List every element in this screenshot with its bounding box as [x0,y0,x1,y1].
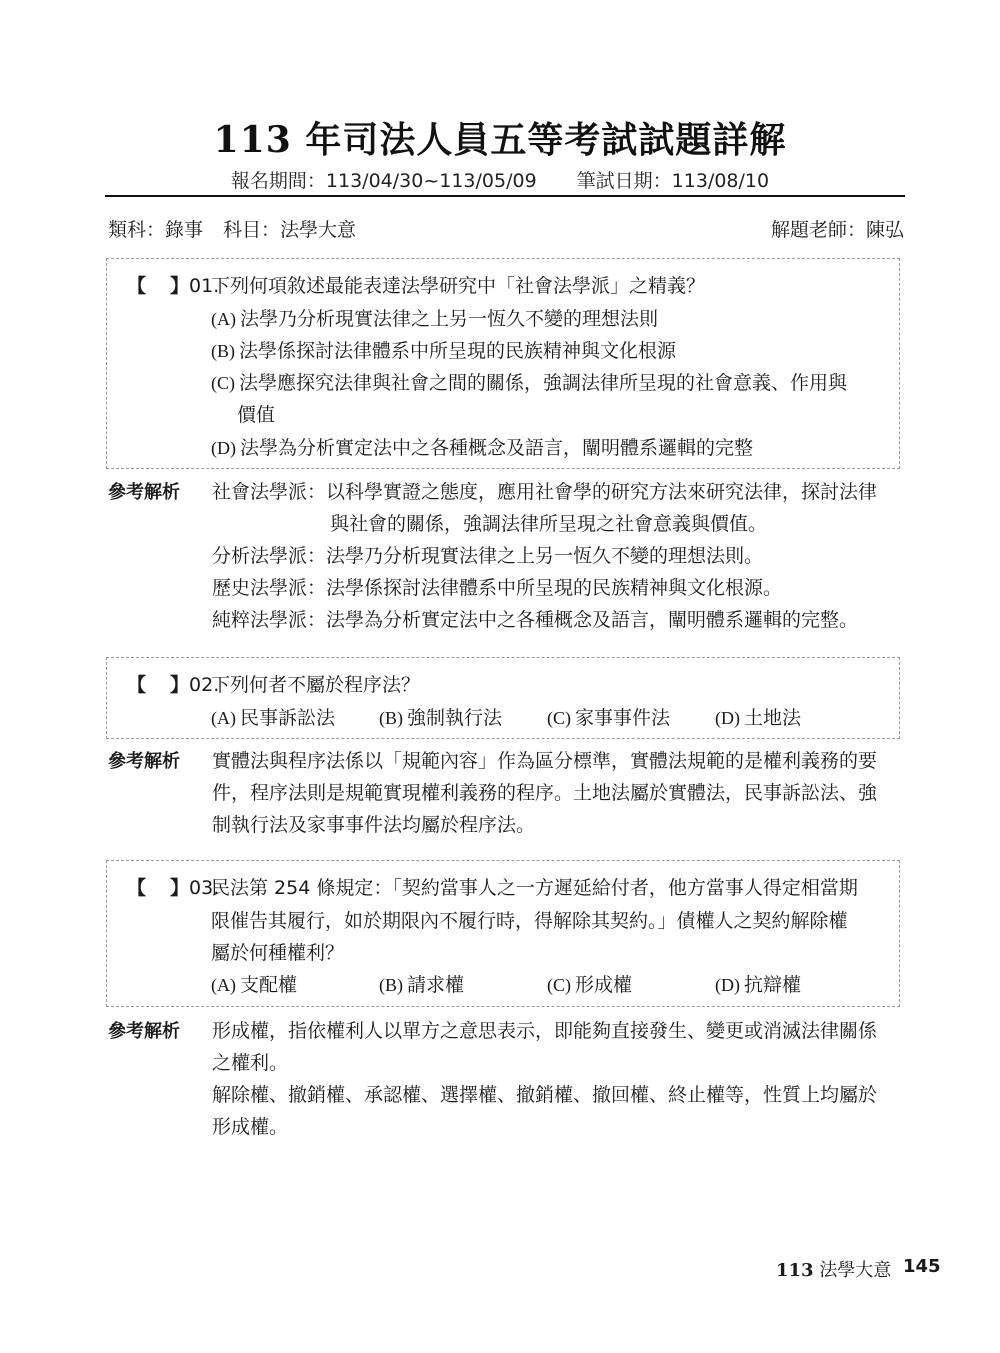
answer-line: 之權利。 [212,1054,288,1073]
option-c-cont: 價值 [237,406,275,425]
question-stem: 下列何項敘述最能表達法學研究中「社會法學派」之精義？ [211,277,705,296]
page-title: 113 年司法人員五等考試試題詳解 [0,112,1000,163]
option-a: (A)民事訴訟法 [211,709,335,728]
answer-line: 解除權、撤銷權、承認權、選擇權、撤銷權、撤回權、終止權等，性質上均屬於 [212,1086,877,1105]
answer-line: 與社會的關係，強調法律所呈現之社會意義與價值。 [330,515,767,534]
option-d: (D)法學為分析實定法中之各種概念及語言，闡明體系邏輯的完整 [211,439,753,458]
registration-period: 報名期間：113/04/30~113/05/09 [231,170,537,192]
footer-subject-name: 法學大意 [819,1260,891,1281]
answer-bracket-open: 【 [127,275,146,297]
answer-label: 參考解析 [108,753,180,771]
option-c: (C)法學應探究法律與社會之間的關係，強調法律所呈現的社會意義、作用與 [211,374,847,393]
question-stem: 民法第 254 條規定：「契約當事人之一方遲延給付者，他方當事人得定相當期 [211,879,858,898]
answer-label: 參考解析 [108,1023,180,1041]
answer-line: 分析法學派：法學乃分析現實法律之上另一恆久不變的理想法則。 [212,547,763,566]
question-number: 【】03. [127,879,219,898]
exam-dates: 報名期間：113/04/30~113/05/09筆試日期：113/08/10 [0,166,1000,193]
subject: 科目：法學大意 [223,219,356,241]
exam-date: 筆試日期：113/08/10 [577,170,769,192]
page-number: 145 [903,1256,941,1277]
option-b: (B)法學係探討法律體系中所呈現的民族精神與文化根源 [211,342,676,361]
answer-bracket-close: 】 [170,275,189,297]
answer-line: 社會法學派：以科學實證之態度，應用社會學的研究方法來研究法律，探討法律 [212,483,877,502]
option-b: (B)強制執行法 [379,709,502,728]
question-box-01: 【】01. 下列何項敘述最能表達法學研究中「社會法學派」之精義？ (A)法學乃分… [106,258,900,469]
answer-line: 制執行法及家事事件法均屬於程序法。 [212,816,535,835]
footer-year: 113 [776,1260,814,1281]
answer-line: 形成權，指依權利人以單方之意思表示，即能夠直接發生、變更或消滅法律關係 [212,1022,877,1041]
teacher: 解題老師：陳弘 [771,215,904,242]
option-a: (A)支配權 [211,976,297,995]
answer-line: 純粹法學派：法學為分析實定法中之各種概念及語言，闡明體系邏輯的完整。 [212,611,858,630]
footer-subject: 113 法學大意 [776,1256,891,1282]
question-box-02: 【】02. 下列何者不屬於程序法？ (A)民事訴訟法 (B)強制執行法 (C)家… [106,657,900,739]
question-stem: 限催告其履行，如於期限內不履行時，得解除其契約。」債權人之契約解除權 [211,912,848,931]
answer-line: 實體法與程序法係以「規範內容」作為區分標準，實體法規範的是權利義務的要 [212,752,877,771]
question-stem: 屬於何種權利？ [211,944,344,963]
option-d: (D)抗辯權 [715,976,801,995]
answer-line: 歷史法學派：法學係探討法律體系中所呈現的民族精神與文化根源。 [212,579,782,598]
option-a: (A)法學乃分析現實法律之上另一恆久不變的理想法則 [211,310,658,329]
category: 類科：錄事 [108,219,203,241]
answer-line: 件，程序法則是規範實現權利義務的程序。土地法屬於實體法，民事訴訟法、強 [212,784,877,803]
question-number: 【】02. [127,676,219,695]
answer-line: 形成權。 [212,1118,288,1137]
question-box-03: 【】03. 民法第 254 條規定：「契約當事人之一方遲延給付者，他方當事人得定… [106,860,900,1007]
question-stem: 下列何者不屬於程序法？ [211,676,420,695]
option-b: (B)請求權 [379,976,464,995]
option-c: (C)家事事件法 [547,709,670,728]
answer-label: 參考解析 [108,484,180,502]
question-number: 【】01. [127,277,219,296]
exam-meta: 類科：錄事科目：法學大意 [108,215,356,242]
option-d: (D)土地法 [715,709,801,728]
header-divider [105,195,905,197]
option-c: (C)形成權 [547,976,632,995]
